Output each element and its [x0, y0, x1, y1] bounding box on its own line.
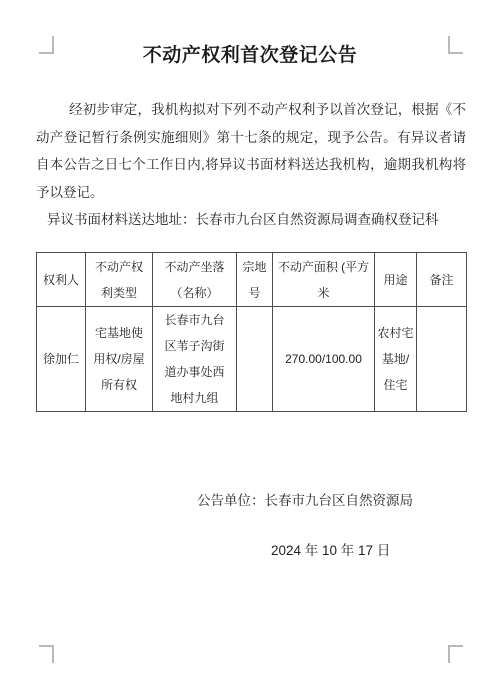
- cell-rights-type: 宅基地使用权/房屋所有权: [86, 307, 153, 412]
- cell-remarks: [417, 307, 467, 412]
- table-header-row: 权利人 不动产权利类型 不动产坐落（名称） 宗地号 不动产面积 (平方米 用途 …: [37, 253, 467, 307]
- body-paragraph: 经初步审定，我机构拟对下列不动产权利予以首次登记，根据《不动产登记暂行条例实施细…: [36, 96, 466, 206]
- cell-area: 270.00/100.00: [273, 307, 375, 412]
- crop-mark-bottom-right-icon: [448, 645, 463, 663]
- header-rights-type: 不动产权利类型: [86, 253, 153, 307]
- registration-table: 权利人 不动产权利类型 不动产坐落（名称） 宗地号 不动产面积 (平方米 用途 …: [36, 252, 467, 412]
- header-location: 不动产坐落（名称）: [153, 253, 237, 307]
- body-text-block: 经初步审定，我机构拟对下列不动产权利予以首次登记，根据《不动产登记暂行条例实施细…: [36, 96, 466, 234]
- table-row: 徐加仁 宅基地使用权/房屋所有权 长春市九台区苇子沟街道办事处西地村九组 270…: [37, 307, 467, 412]
- issuer-line: 公告单位：长春市九台区自然资源局: [197, 491, 413, 511]
- document-title: 不动产权利首次登记公告: [0, 40, 500, 67]
- address-line: 异议书面材料送达地址：长春市九台区自然资源局调查确权登记科: [36, 206, 466, 234]
- date-line: 2024 年 10 年 17 日: [271, 541, 390, 561]
- header-area: 不动产面积 (平方米: [273, 253, 375, 307]
- header-rights-holder: 权利人: [37, 253, 86, 307]
- document-page: 不动产权利首次登记公告 经初步审定，我机构拟对下列不动产权利予以首次登记，根据《…: [0, 0, 500, 696]
- cell-parcel-number: [237, 307, 273, 412]
- crop-mark-bottom-left-icon: [39, 645, 54, 663]
- cell-usage: 农村宅基地/住宅: [375, 307, 417, 412]
- cell-location: 长春市九台区苇子沟街道办事处西地村九组: [153, 307, 237, 412]
- header-parcel-number: 宗地号: [237, 253, 273, 307]
- cell-rights-holder: 徐加仁: [37, 307, 86, 412]
- header-remarks: 备注: [417, 253, 467, 307]
- header-usage: 用途: [375, 253, 417, 307]
